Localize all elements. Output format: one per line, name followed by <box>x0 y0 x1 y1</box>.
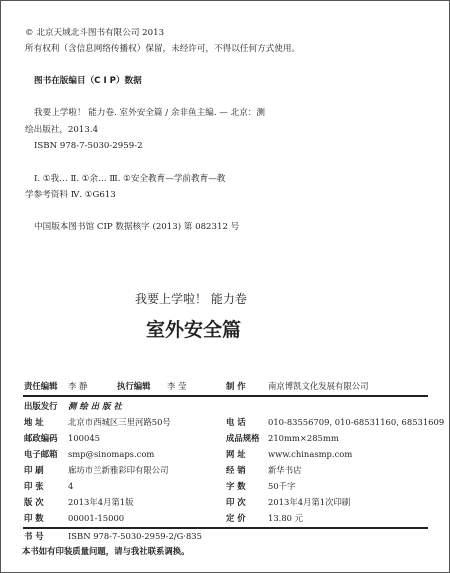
quality-notice: 本书如有印装质量问题，请与我社联系调换。 <box>22 546 190 557</box>
impression: 印 次2013年4月第1次印刷 <box>226 497 350 508</box>
postcode: 邮政编码100045 <box>24 433 100 444</box>
print-run: 印 数00001-15000 <box>24 513 124 524</box>
cip-heading: 图书在版编目（C I P）数据 <box>34 76 142 87</box>
producer: 制 作南京博凯文化发展有限公司 <box>226 381 369 392</box>
copyright-line: © 北京天域北斗图书有限公司 2013 <box>25 28 164 39</box>
address: 地 址北京市西城区三里河路50号 <box>24 417 171 428</box>
phone: 电 话010-83556709, 010-68531160, 68531609 <box>226 417 444 428</box>
price: 定 价13.80 元 <box>226 513 303 524</box>
edition: 版 次2013年4月第1版 <box>24 497 133 508</box>
copyright-page: © 北京天域北斗图书有限公司 2013 所有权利（含信息网络传播权）保留，未经许… <box>0 0 450 573</box>
email: 电子邮箱smp@sinomaps.com <box>24 449 154 460</box>
trim-size: 成品规格210mm×285mm <box>226 433 339 444</box>
printed-sheets: 印 张4 <box>24 481 73 492</box>
book-title: 室外安全篇 <box>146 318 241 342</box>
cip-entry-line2: 绘出版社，2013.4 <box>25 125 98 136</box>
rights-statement: 所有权利（含信息网络传播权）保留，未经许可，不得以任何方式使用。 <box>25 44 300 55</box>
cip-class-line1: Ⅰ. ①我… Ⅱ. ①余… Ⅲ. ①安全教育—学前教育—教 <box>34 174 225 185</box>
cip-class-line2: 学参考资料 Ⅳ. ①G613 <box>25 190 116 201</box>
divider-bottom <box>23 527 428 529</box>
distributor: 经 销新华书店 <box>226 465 302 476</box>
cip-record-number: 中国版本图书馆 CIP 数据核字 (2013) 第 082312 号 <box>34 222 239 233</box>
book-number: 书 号ISBN 978-7-5030-2959-2/G·835 <box>24 531 202 542</box>
divider-top <box>23 395 428 397</box>
cip-isbn: ISBN 978-7-5030-2959-2 <box>34 141 143 152</box>
word-count: 字 数50千字 <box>226 481 295 492</box>
printer: 印 刷廊坊市兰新雅彩印有限公司 <box>24 465 169 476</box>
executive-editor: 执行编辑李 莹 <box>117 381 186 392</box>
responsible-editor: 责任编辑李 静 <box>24 381 87 392</box>
cip-entry-line1: 我要上学啦！ 能力卷. 室外安全篇 / 余非鱼主编. — 北京：测 <box>34 108 265 119</box>
publisher: 出版发行测绘出版社 <box>24 401 125 412</box>
website: 网 址www.chinasmp.com <box>226 449 352 460</box>
series-title: 我要上学啦！ 能力卷 <box>135 292 247 306</box>
